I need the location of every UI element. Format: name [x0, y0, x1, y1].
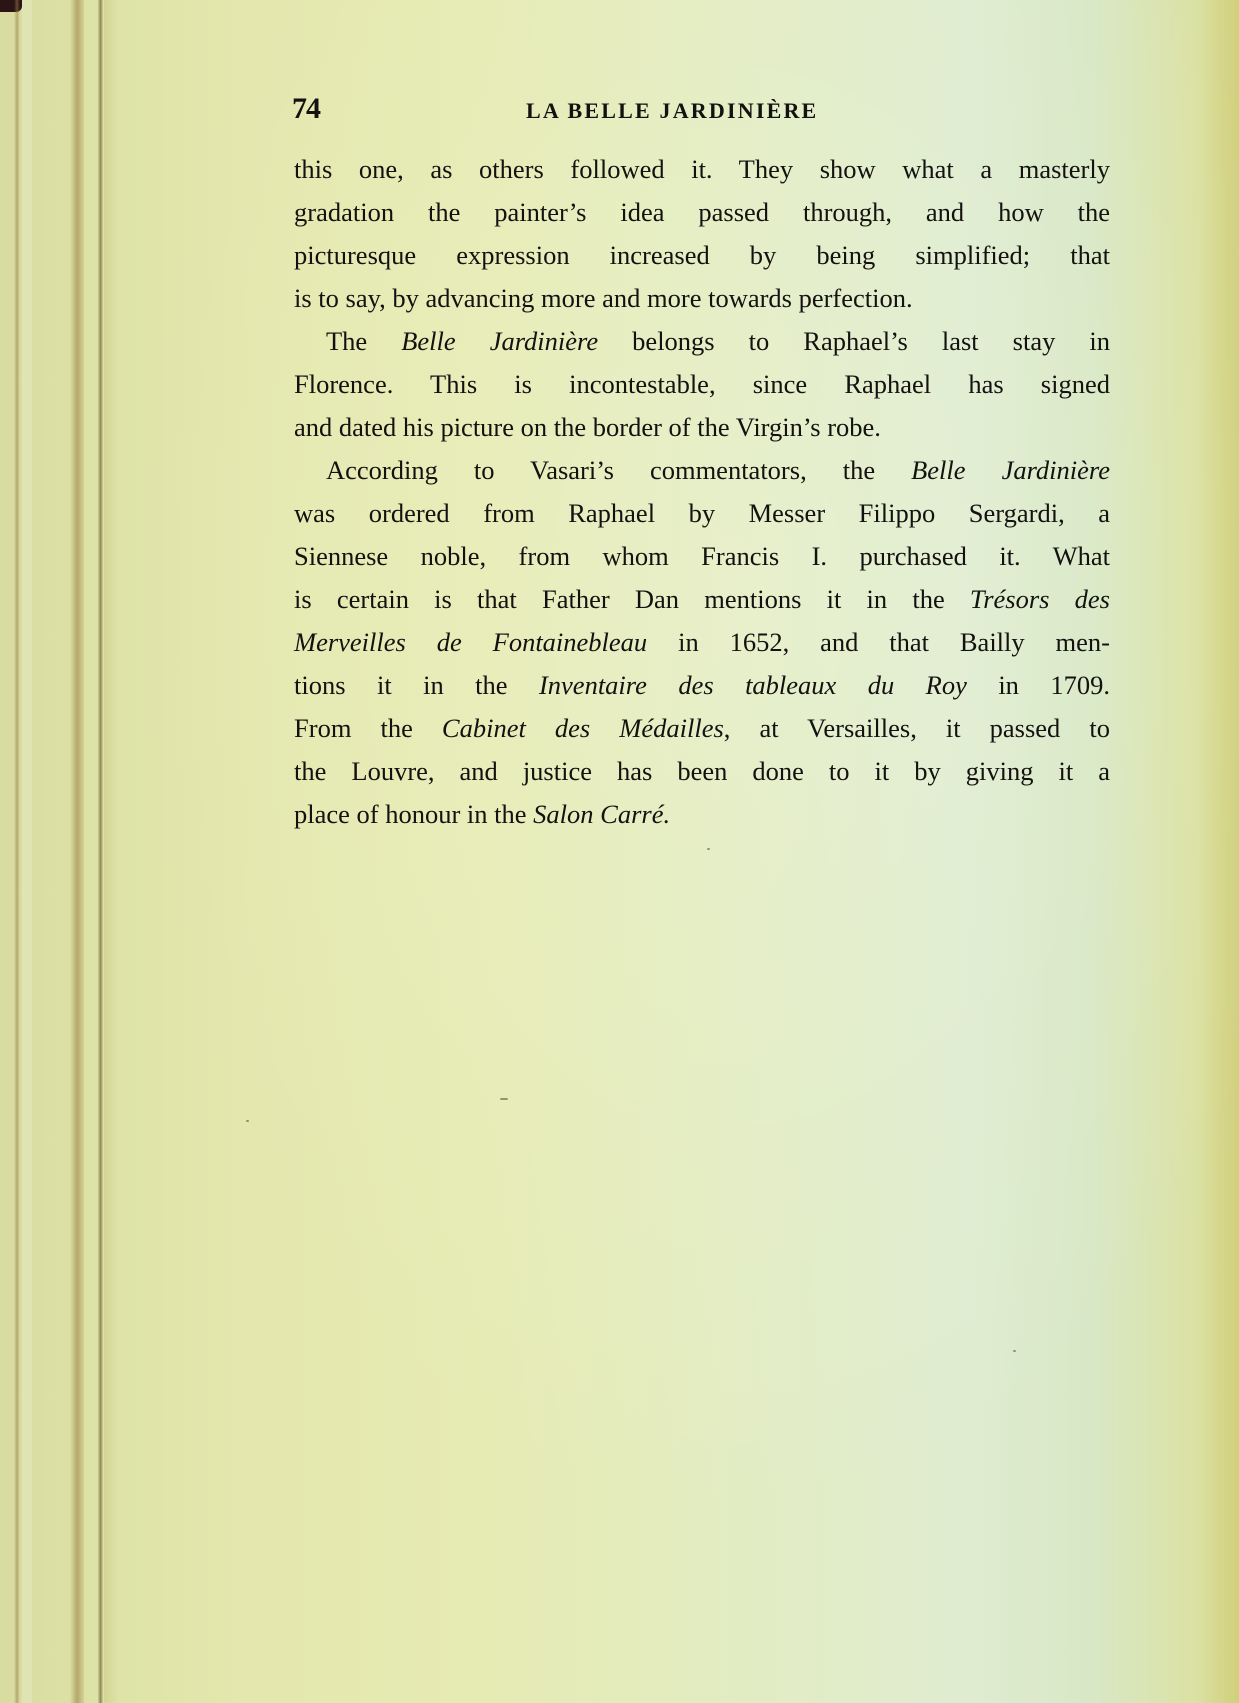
text-run: and dated his picture on the border of t…: [294, 412, 881, 442]
text-run: gradation the painter’s idea passed thro…: [294, 197, 1110, 227]
text-line: The Belle Jardinière belongs to Raphael’…: [294, 320, 1110, 363]
page-text-block: 74 LA BELLE JARDINIÈRE this one, as othe…: [294, 90, 1110, 140]
page-edge: [70, 0, 84, 1703]
text-run: Siennese noble, from whom Francis I. pur…: [294, 541, 1110, 571]
text-line: According to Vasari’s commentators, the …: [294, 449, 1110, 492]
text-run: the Louvre, and justice has been done to…: [294, 756, 1110, 786]
text-run: is certain is that Father Dan mentions i…: [294, 584, 970, 614]
text-line: this one, as others followed it. They sh…: [294, 148, 1110, 191]
text-run: this one, as others followed it. They sh…: [294, 154, 1110, 184]
text-run: tions it in the: [294, 670, 539, 700]
page-number: 74: [292, 92, 320, 126]
text-run: According to Vasari’s commentators, the: [326, 455, 911, 485]
paper-speck: [1013, 1350, 1016, 1352]
italic-title: Salon Carré.: [533, 799, 670, 829]
paper-speck: [707, 848, 710, 850]
running-head: 74 LA BELLE JARDINIÈRE: [294, 90, 1110, 140]
text-run: The: [326, 326, 401, 356]
text-line: Florence. This is incontestable, since R…: [294, 363, 1110, 406]
text-line: the Louvre, and justice has been done to…: [294, 750, 1110, 793]
paragraph-p3: According to Vasari’s commentators, the …: [294, 449, 1110, 836]
text-run: Florence. This is incontestable, since R…: [294, 369, 1110, 399]
italic-title: Merveilles de Fontainebleau: [294, 627, 647, 657]
text-run: From the: [294, 713, 442, 743]
italic-title: Belle Jardinière: [911, 455, 1110, 485]
text-line: Siennese noble, from whom Francis I. pur…: [294, 535, 1110, 578]
italic-title: Cabinet des Médailles: [442, 713, 724, 743]
text-run: , at Versailles, it passed to: [724, 713, 1110, 743]
book-gutter: [0, 0, 120, 1703]
page-edge: [98, 0, 103, 1703]
text-line: is certain is that Father Dan mentions i…: [294, 578, 1110, 621]
text-run: belongs to Raphael’s last stay in: [598, 326, 1110, 356]
text-line: was ordered from Raphael by Messer Filip…: [294, 492, 1110, 535]
text-run: in 1709.: [967, 670, 1110, 700]
running-title: LA BELLE JARDINIÈRE: [526, 98, 818, 124]
paper-speck: [246, 1120, 249, 1122]
text-run: place of honour in the: [294, 799, 533, 829]
page-edge: [14, 0, 20, 1703]
paragraph-p1: this one, as others followed it. They sh…: [294, 148, 1110, 320]
text-run: is to say, by advancing more and more to…: [294, 283, 913, 313]
right-page-shadow: [1199, 0, 1239, 1703]
text-line: Merveilles de Fontainebleau in 1652, and…: [294, 621, 1110, 664]
italic-title: Inventaire des tableaux du Roy: [539, 670, 967, 700]
italic-title: Trésors des: [970, 584, 1110, 614]
text-run: was ordered from Raphael by Messer Filip…: [294, 498, 1110, 528]
text-line: is to say, by advancing more and more to…: [294, 277, 1110, 320]
paragraph-p2: The Belle Jardinière belongs to Raphael’…: [294, 320, 1110, 449]
text-line: place of honour in the Salon Carré.: [294, 793, 1110, 836]
text-run: picturesque expression increased by bein…: [294, 240, 1110, 270]
page-edge: [22, 0, 32, 1703]
text-line: From the Cabinet des Médailles, at Versa…: [294, 707, 1110, 750]
text-line: and dated his picture on the border of t…: [294, 406, 1110, 449]
page-edge: [104, 0, 118, 1703]
body-text: this one, as others followed it. They sh…: [294, 148, 1110, 836]
text-run: in 1652, and that Bailly men-: [647, 627, 1110, 657]
text-line: gradation the painter’s idea passed thro…: [294, 191, 1110, 234]
text-line: tions it in the Inventaire des tableaux …: [294, 664, 1110, 707]
italic-title: Belle Jardinière: [401, 326, 598, 356]
text-line: picturesque expression increased by bein…: [294, 234, 1110, 277]
paper-speck: [500, 1098, 508, 1100]
